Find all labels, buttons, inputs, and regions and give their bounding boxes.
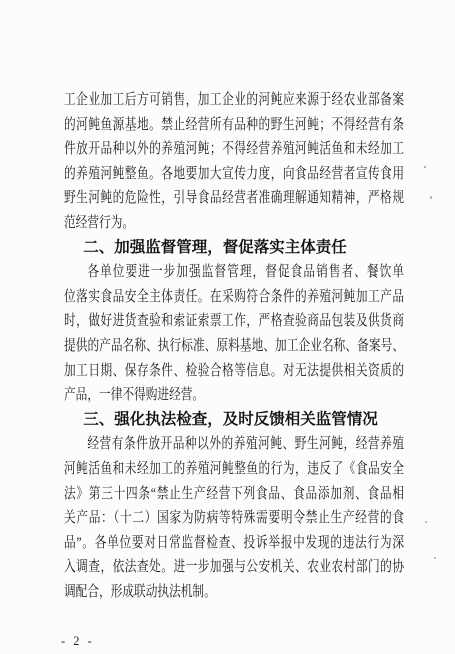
scanned-document-page: 工企业加工后方可销售，加工企业的河鲀应来源于经农业部备案 的河鲀鱼源基地。禁止经…	[0, 0, 455, 654]
text-line: 关产品：（十二）国家为防病等特殊需要明令禁止生产经营的食	[64, 506, 404, 531]
text-line: 的养殖河鲀整鱼。各地要加大宣传力度，向食品经营者宣传食用	[64, 162, 404, 187]
section-heading-2: 二、加强监督管理，督促落实主体责任	[83, 236, 455, 261]
text-line: 各单位要进一步加强监督管理，督促食品销售者、餐饮单	[64, 260, 404, 285]
text-line: 的河鲀鱼源基地。禁止经营所有品种的野生河鲀；不得经营有条	[64, 113, 404, 138]
text-line: 时，做好进货查验和索证索票工作，严格查验商品包装及供货商	[64, 309, 404, 334]
text-line: 调配合，形成联动执法机制。	[64, 580, 404, 605]
text-line: 件放开品种以外的养殖河鲀；不得经营养殖河鲀活鱼和未经加工	[64, 137, 404, 162]
scan-speck	[424, 166, 426, 168]
page-number: - 2 -	[61, 634, 94, 649]
text-line: 品”。各单位要对日常监督检查、投诉举报中发现的违法行为深	[64, 531, 404, 556]
section-heading-3: 三、强化执法检查，及时反馈相关监管情况	[83, 408, 455, 433]
text-line: 加工日期、保存条件、检验合格等信息。对无法提供相关资质的	[64, 359, 404, 384]
text-line: 野生河鲀的危险性，引导食品经营者准确理解通知精神，严格规	[64, 186, 404, 211]
text-line: 提供的产品名称、执行标准、原料基地、加工企业名称、备案号、	[64, 334, 404, 359]
text-line: 河鲀活鱼和未经加工的养殖河鲀整鱼的行为，违反了《食品安全	[64, 457, 404, 482]
text-line: 范经营行为。	[64, 211, 404, 236]
text-line: 工企业加工后方可销售，加工企业的河鲀应来源于经农业部备案	[64, 88, 404, 113]
text-line: 法》第三十四条“禁止生产经营下列食品、食品添加剂、食品相	[64, 482, 404, 507]
scan-speck	[425, 521, 427, 523]
text-line: 入调查，依法查处。进一步加强与公安机关、农业农村部门的协	[64, 555, 404, 580]
document-body: 工企业加工后方可销售，加工企业的河鲀应来源于经农业部备案 的河鲀鱼源基地。禁止经…	[64, 88, 404, 604]
scan-speck	[434, 557, 436, 559]
text-line: 经营有条件放开品种以外的养殖河鲀、野生河鲀，经营养殖	[64, 432, 404, 457]
text-line: 位落实食品安全主体责任。在采购符合条件的养殖河鲀加工产品	[64, 285, 404, 310]
text-line: 产品，一律不得购进经营。	[64, 383, 404, 408]
scan-speck	[430, 196, 432, 199]
